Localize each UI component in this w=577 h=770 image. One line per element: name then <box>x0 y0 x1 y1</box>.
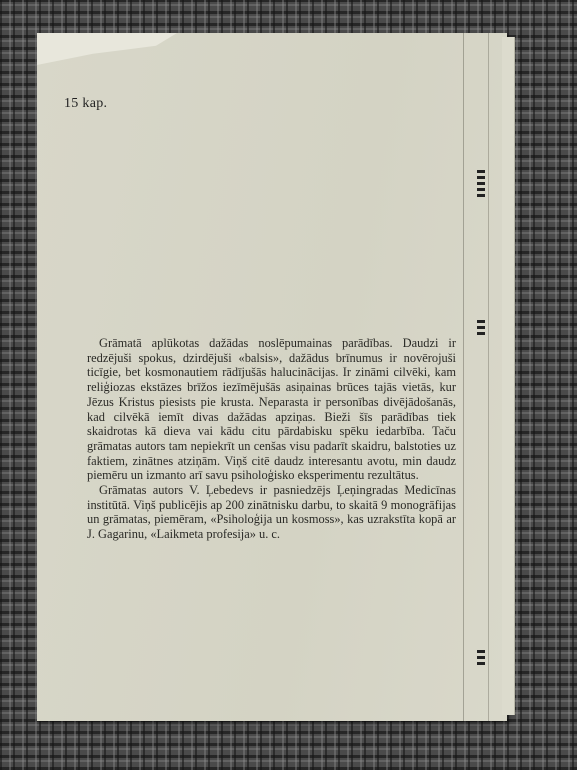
page-edge-marks <box>477 170 485 200</box>
cover-blurb: Grāmatā aplūkotas dažādas noslēpumainas … <box>87 336 456 542</box>
page-edge-marks <box>477 650 485 668</box>
spine-edge <box>502 37 515 715</box>
blurb-paragraph-summary: Grāmatā aplūkotas dažādas noslēpumainas … <box>87 336 456 483</box>
blurb-paragraph-author: Grāmatas autors V. Ļebedevs ir pasniedzē… <box>87 483 456 542</box>
page-edge-marks <box>477 320 485 338</box>
book-back-cover: 15 kap. Grāmatā aplūkotas dažādas noslēp… <box>37 33 507 721</box>
price-code: 15 kap. <box>64 96 107 112</box>
spine-crease <box>488 33 489 721</box>
torn-corner-flap <box>37 33 177 65</box>
spine-crease <box>463 33 464 721</box>
